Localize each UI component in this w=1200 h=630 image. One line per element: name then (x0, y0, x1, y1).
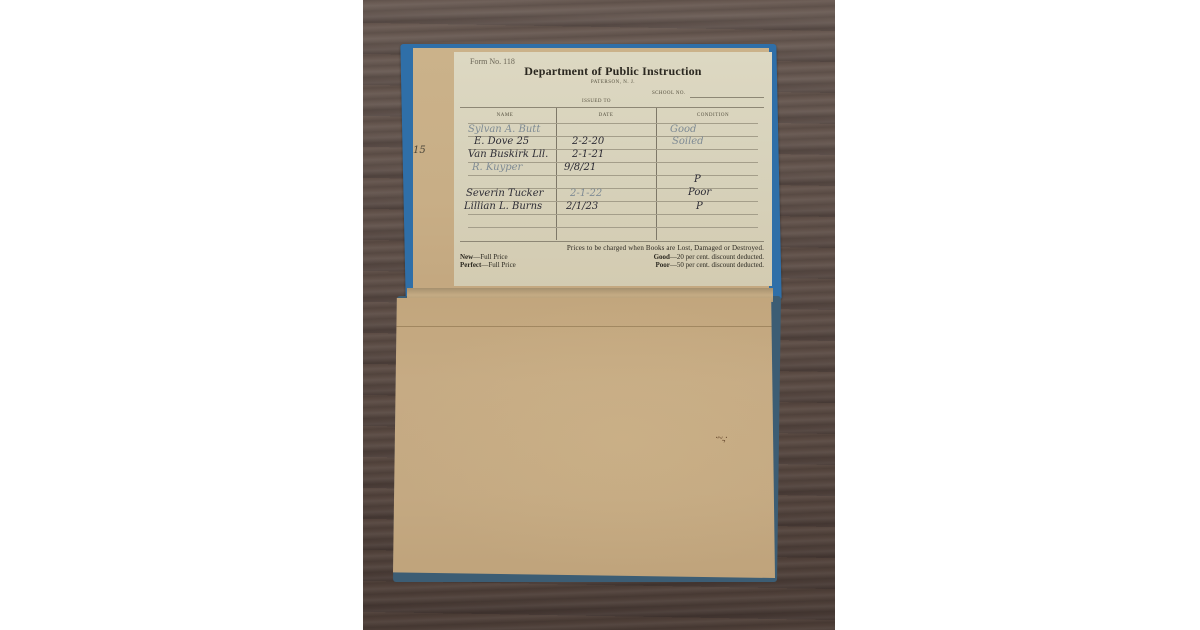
entry-date: 2/1/23 (566, 201, 598, 212)
price-new: New—Full Price (460, 253, 508, 261)
price-row: New—Full Price Good—20 per cent. discoun… (460, 253, 764, 261)
entry-name: Lillian L. Burns (464, 201, 542, 212)
entry-condition: Good (670, 124, 696, 135)
entry-date: 2-1-21 (572, 149, 604, 160)
price-heading: Prices to be charged when Books are Lost… (460, 242, 764, 253)
margin-note: 15 (413, 145, 426, 156)
entry-date: 2-1-22 (570, 188, 602, 199)
price-perfect: Perfect—Full Price (460, 261, 516, 269)
entry-date: 9/8/21 (564, 162, 596, 173)
ruled-line (468, 227, 758, 228)
column-divider (656, 108, 657, 240)
entry-date: 2-2-20 (572, 136, 604, 147)
entry-name: R. Kuyper (472, 162, 522, 173)
column-header-date: DATE (556, 113, 656, 118)
entry-name: E. Dove 25 (474, 136, 529, 147)
entry-condition: Poor (688, 187, 711, 198)
entry-condition: Soiled (672, 136, 704, 147)
school-no-line (690, 97, 764, 98)
ink-stain: ·~.,· (715, 433, 755, 441)
column-header-condition: CONDITION (662, 113, 764, 118)
price-row: Perfect—Full Price Poor—50 per cent. dis… (460, 261, 764, 269)
price-schedule: Prices to be charged when Books are Lost… (460, 241, 764, 269)
entry-name: Van Buskirk Lll. (468, 149, 548, 160)
page-crease (393, 326, 775, 327)
issued-to-label: ISSUED TO (582, 99, 611, 104)
label-title: Department of Public Instruction (454, 64, 772, 79)
school-no-label: SCHOOL NO. (652, 91, 686, 96)
book-issue-label: Form No. 118 Department of Public Instru… (454, 52, 772, 286)
column-header-name: NAME (460, 113, 550, 118)
entry-name: Severin Tucker (466, 188, 543, 199)
price-poor: Poor—50 per cent. discount deducted. (656, 261, 764, 269)
ruled-line (468, 214, 758, 215)
entry-name: Sylvan A. Butt (468, 124, 540, 135)
label-city: PATERSON, N. J. (454, 80, 772, 85)
entry-condition: P (694, 174, 701, 185)
blank-page: ·~.,· (393, 298, 775, 578)
book-photo: Form No. 118 Department of Public Instru… (363, 0, 835, 630)
price-good: Good—20 per cent. discount deducted. (654, 253, 764, 261)
entry-condition: P (696, 201, 703, 212)
column-divider (556, 108, 557, 240)
issue-record-table: NAME DATE CONDITION Sylvan A. Butt Good … (460, 107, 764, 240)
ruled-line (468, 175, 758, 176)
